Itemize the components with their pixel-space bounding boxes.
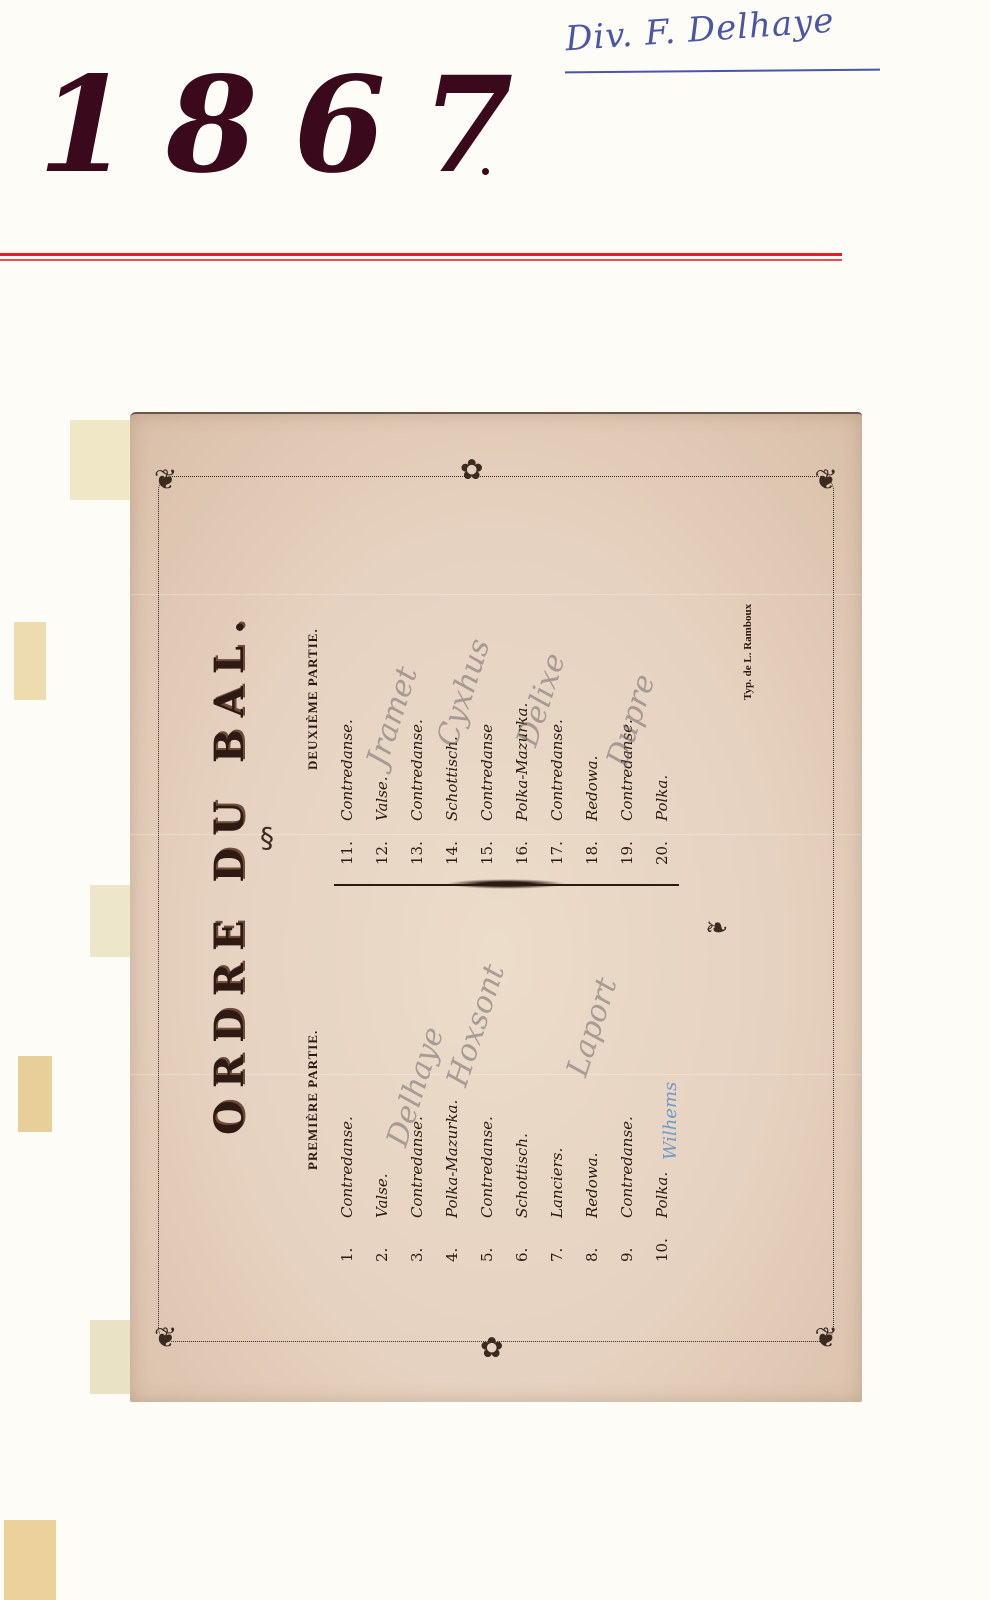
dance-number: 7. bbox=[548, 1218, 566, 1262]
dance-number: 9. bbox=[618, 1218, 636, 1262]
dance-name: Polka. bbox=[653, 1172, 671, 1218]
dance-entry: 10.Polka. bbox=[653, 1172, 671, 1262]
dance-entry: 2.Valse. bbox=[373, 1173, 391, 1262]
dance-number: 12. bbox=[373, 821, 391, 865]
dance-number: 1. bbox=[338, 1218, 356, 1262]
tape-strip bbox=[90, 885, 132, 957]
dance-entry: 13.Contredanse. bbox=[408, 719, 426, 865]
red-rule-thin bbox=[0, 259, 842, 261]
dance-number: 11. bbox=[338, 821, 356, 865]
card-title: ORDRE DU BAL. bbox=[206, 608, 253, 1135]
scroll-ornament-icon: § bbox=[260, 824, 274, 852]
corner-ornament-icon: ❦ bbox=[154, 1324, 177, 1352]
dance-number: 16. bbox=[513, 821, 531, 865]
floral-ornament-icon: ✿ bbox=[480, 1334, 503, 1362]
dance-number: 20. bbox=[653, 821, 671, 865]
dance-entry: 11.Contredanse. bbox=[338, 719, 356, 865]
tape-strip bbox=[70, 420, 132, 500]
printer-credit: Typ. de L. Ramboux bbox=[742, 604, 754, 700]
dance-number: 15. bbox=[478, 821, 496, 865]
corner-ornament-icon: ❦ bbox=[815, 1324, 838, 1352]
dance-number: 4. bbox=[443, 1218, 461, 1262]
tape-residue bbox=[14, 622, 46, 700]
dance-name: Contredanse. bbox=[338, 1116, 356, 1218]
red-rule bbox=[0, 253, 842, 256]
dance-number: 6. bbox=[513, 1218, 531, 1262]
dance-number: 18. bbox=[583, 821, 601, 865]
dance-name: Polka-Mazurka. bbox=[443, 1100, 461, 1218]
annotation-underline bbox=[565, 69, 880, 74]
tape-strip bbox=[90, 1320, 132, 1394]
dance-name: Contredanse. bbox=[618, 1116, 636, 1218]
dance-entry: 14.Schottisch. bbox=[443, 736, 461, 865]
year-period bbox=[482, 168, 489, 175]
dance-entry: 9.Contredanse. bbox=[618, 1116, 636, 1262]
dance-name: Contredanse. bbox=[478, 1116, 496, 1218]
dance-entry: 12.Valse. bbox=[373, 776, 391, 865]
part1-heading: PREMIÈRE PARTIE. bbox=[305, 1030, 321, 1170]
dance-entry: 6.Schottisch. bbox=[513, 1133, 531, 1262]
decorative-frame bbox=[158, 476, 834, 1342]
dance-entry: 18.Redowa. bbox=[583, 756, 601, 865]
tape-residue bbox=[4, 1520, 56, 1600]
corner-ornament-icon: ❦ bbox=[815, 466, 838, 494]
dance-name: Contredanse. bbox=[408, 719, 426, 821]
dance-entry: 4.Polka-Mazurka. bbox=[443, 1100, 461, 1262]
dance-name: Redowa. bbox=[583, 756, 601, 821]
year-heading: 1867 bbox=[38, 60, 549, 192]
dance-entry: 1.Contredanse. bbox=[338, 1116, 356, 1262]
tape-residue bbox=[18, 1056, 52, 1132]
dance-name: Contredanse. bbox=[548, 719, 566, 821]
scroll-ornament-icon: ❧ bbox=[705, 914, 728, 942]
dance-entry: 15.Contredanse bbox=[478, 724, 496, 865]
corner-ornament-icon: ❦ bbox=[154, 466, 177, 494]
dance-name: Schottisch. bbox=[513, 1133, 531, 1218]
dance-entry: 5.Contredanse. bbox=[478, 1116, 496, 1262]
part2-heading: DEUXIÈME PARTIE. bbox=[305, 628, 321, 770]
dance-number: 8. bbox=[583, 1218, 601, 1262]
dance-name: Contredanse. bbox=[338, 719, 356, 821]
floral-ornament-icon: ✿ bbox=[460, 456, 483, 484]
dance-number: 17. bbox=[548, 821, 566, 865]
dance-number: 19. bbox=[618, 821, 636, 865]
dance-entry: 8.Redowa. bbox=[583, 1153, 601, 1262]
dance-name: Redowa. bbox=[583, 1153, 601, 1218]
dance-entry: 20.Polka. bbox=[653, 775, 671, 865]
dance-name: Polka. bbox=[653, 775, 671, 821]
dance-name: Lanciers. bbox=[548, 1148, 566, 1218]
archive-annotation: Div. F. Delhaye bbox=[564, 1, 836, 60]
dance-number: 3. bbox=[408, 1218, 426, 1262]
dance-name: Valse. bbox=[373, 776, 391, 821]
dance-entry: 17.Contredanse. bbox=[548, 719, 566, 865]
dance-entry: 7.Lanciers. bbox=[548, 1148, 566, 1262]
dance-number: 2. bbox=[373, 1218, 391, 1262]
dance-name: Contredanse bbox=[478, 724, 496, 821]
dance-name: Valse. bbox=[373, 1173, 391, 1218]
dance-number: 5. bbox=[478, 1218, 496, 1262]
divider-ornament bbox=[446, 879, 566, 889]
blue-ink-signature: Wilhems bbox=[660, 1082, 681, 1160]
dance-number: 13. bbox=[408, 821, 426, 865]
dance-number: 14. bbox=[443, 821, 461, 865]
dance-number: 10. bbox=[653, 1218, 671, 1262]
